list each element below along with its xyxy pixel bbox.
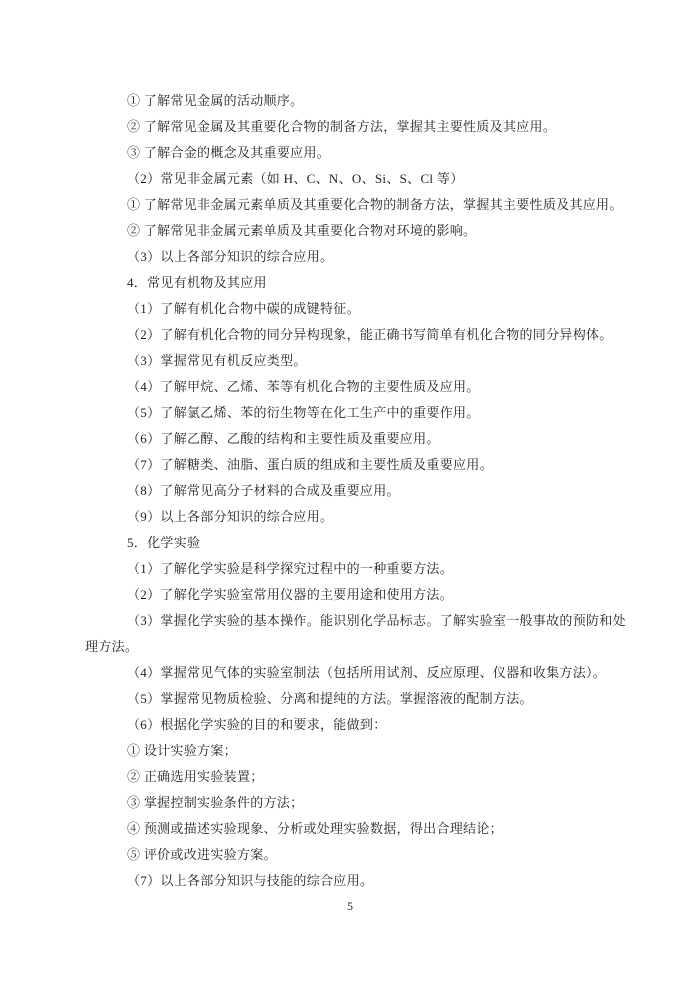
text-line: （6）了解乙醇、乙酸的结构和主要性质及重要应用。: [85, 426, 630, 452]
text-line: ④ 预测或描述实验现象、分析或处理实验数据，得出合理结论；: [85, 816, 630, 842]
text-line: （1）了解有机化合物中碳的成键特征。: [85, 296, 630, 322]
document-body: ① 了解常见金属的活动顺序。② 了解常见金属及其重要化合物的制备方法，掌握其主要…: [85, 88, 630, 894]
text-line: ① 了解常见金属的活动顺序。: [85, 88, 630, 114]
text-line: ② 正确选用实验装置；: [85, 764, 630, 790]
text-line: （7）了解糖类、油脂、蛋白质的组成和主要性质及重要应用。: [85, 452, 630, 478]
text-line: （5）掌握常见物质检验、分离和提纯的方法。掌握溶液的配制方法。: [85, 686, 630, 712]
text-line: （4）了解甲烷、乙烯、苯等有机化合物的主要性质及应用。: [85, 374, 630, 400]
text-line: （5）了解氯乙烯、苯的衍生物等在化工生产中的重要作用。: [85, 400, 630, 426]
text-line: （3）以上各部分知识的综合应用。: [85, 244, 630, 270]
document-page: ① 了解常见金属的活动顺序。② 了解常见金属及其重要化合物的制备方法，掌握其主要…: [0, 0, 700, 989]
text-line: （3）掌握常见有机反应类型。: [85, 348, 630, 374]
text-line: ③ 掌握控制实验条件的方法；: [85, 790, 630, 816]
text-line: （8）了解常见高分子材料的合成及重要应用。: [85, 478, 630, 504]
text-line: ② 了解常见金属及其重要化合物的制备方法，掌握其主要性质及其应用。: [85, 114, 630, 140]
text-line: ① 了解常见非金属元素单质及其重要化合物的制备方法，掌握其主要性质及其应用。: [85, 192, 630, 218]
text-line: （2）了解化学实验室常用仪器的主要用途和使用方法。: [85, 582, 630, 608]
text-line: （4）掌握常见气体的实验室制法（包括所用试剂、反应原理、仪器和收集方法）。: [85, 660, 630, 686]
text-line: （1）了解化学实验是科学探究过程中的一种重要方法。: [85, 556, 630, 582]
text-line: （2）了解有机化合物的同分异构现象，能正确书写简单有机化合物的同分异构体。: [85, 322, 630, 348]
text-line: 5．化学实验: [85, 530, 630, 556]
text-line: （3）掌握化学实验的基本操作。能识别化学品标志。了解实验室一般事故的预防和处: [85, 608, 630, 634]
page-number: 5: [0, 896, 700, 916]
text-line: ① 设计实验方案；: [85, 738, 630, 764]
text-line: ③ 了解合金的概念及其重要应用。: [85, 140, 630, 166]
text-line: （6）根据化学实验的目的和要求，能做到：: [85, 712, 630, 738]
text-line: ⑤ 评价或改进实验方案。: [85, 842, 630, 868]
text-line: 理方法。: [85, 634, 630, 660]
text-line: ② 了解常见非金属元素单质及其重要化合物对环境的影响。: [85, 218, 630, 244]
text-line: （7）以上各部分知识与技能的综合应用。: [85, 868, 630, 894]
text-line: 4．常见有机物及其应用: [85, 270, 630, 296]
text-line: （9）以上各部分知识的综合应用。: [85, 504, 630, 530]
text-line: （2）常见非金属元素（如 H、C、N、O、Si、S、Cl 等）: [85, 166, 630, 192]
